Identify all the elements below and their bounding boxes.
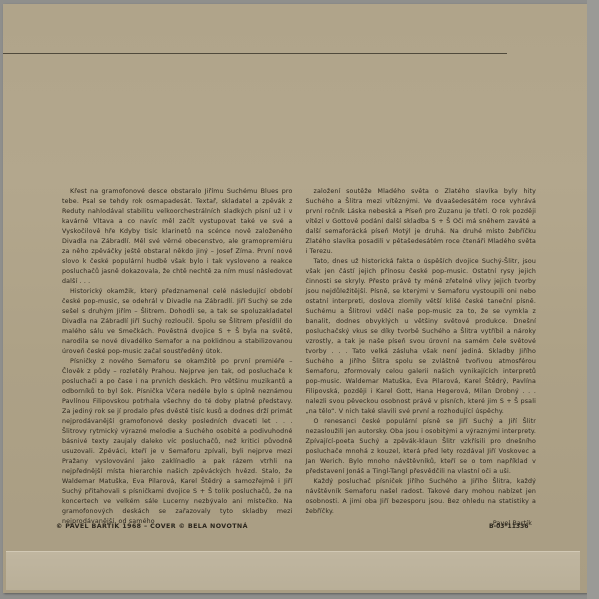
copyright-credit: © PAVEL BARTÍK 1968 – COVER © BELA NOVOT… — [56, 523, 248, 530]
paragraph: Písničky z nového Semaforu se okamžitě p… — [62, 357, 293, 527]
paragraph: Historický okamžik, který předznamenal c… — [62, 287, 293, 357]
paragraph: O renesanci české populární písně se Jiř… — [306, 417, 537, 477]
right-column: založení soutěže Mladého světa o Zlatého… — [306, 187, 537, 529]
paragraph: Každý posluchač písniček Jiřího Suchého … — [306, 477, 537, 517]
paragraph: Křest na gramofonové desce obstaralo Jiř… — [62, 187, 293, 287]
paragraph: Tato, dnes už historická fakta o úspěšíc… — [306, 257, 537, 417]
liner-notes: Křest na gramofonové desce obstaralo Jiř… — [62, 187, 536, 529]
paragraph: založení soutěže Mladého světa o Zlatého… — [306, 187, 537, 257]
background-edge — [587, 0, 599, 599]
catalog-number: B-03*11336 — [489, 523, 528, 530]
left-column: Křest na gramofonové desce obstaralo Jiř… — [62, 187, 293, 529]
sleeve-fold-line — [3, 53, 507, 54]
sleeve-bottom-flap — [6, 551, 580, 590]
